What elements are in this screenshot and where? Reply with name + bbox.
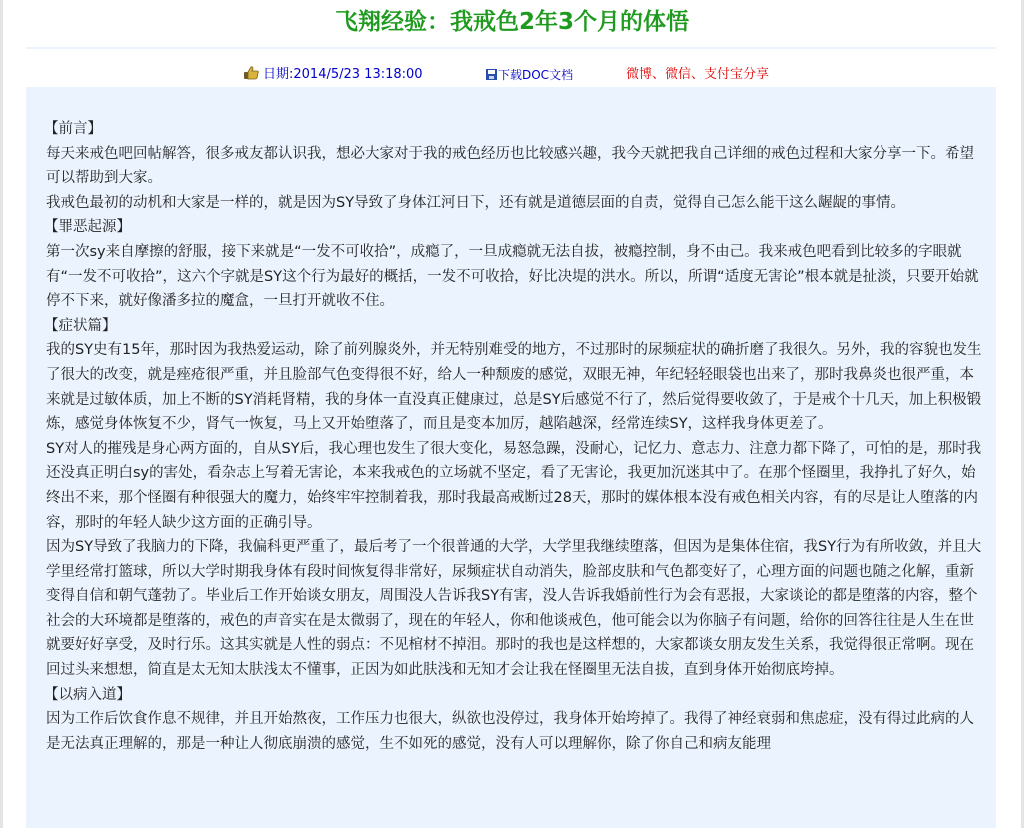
article-date-label: 日期:2014/5/23 13:18:00 <box>263 67 423 82</box>
article-title: 飞翔经验：我戒色2年3个月的体悟 <box>0 6 1024 38</box>
paragraph: SY对人的摧残是身心两方面的，自从SY后，我心理也发生了很大变化，易怒急躁，没耐… <box>46 437 984 535</box>
article-body: 【前言】 每天来戒色吧回帖解答，很多戒友都认识我，想必大家对于我的戒色经历也比较… <box>46 117 984 756</box>
thumbs-up-icon <box>243 66 259 80</box>
download-doc-link[interactable]: 下载DOC文档 <box>486 64 573 86</box>
paragraph: 每天来戒色吧回帖解答，很多戒友都认识我，想必大家对于我的戒色经历也比较感兴趣，我… <box>46 142 984 191</box>
article-content-panel: 【前言】 每天来戒色吧回帖解答，很多戒友都认识我，想必大家对于我的戒色经历也比较… <box>26 87 996 828</box>
section-heading-origin: 【罪恶起源】 <box>44 215 984 240</box>
window-border-left <box>0 0 3 828</box>
section-heading-symptoms: 【症状篇】 <box>44 314 984 339</box>
paragraph: 我戒色最初的动机和大家是一样的，就是因为SY导致了身体江河日下，还有就是道德层面… <box>46 191 984 216</box>
section-heading-illness: 【以病入道】 <box>44 683 984 708</box>
title-divider <box>26 47 996 49</box>
paragraph: 第一次sy来自摩擦的舒服，接下来就是“一发不可收拾”，成瘾了，一旦成瘾就无法自拔… <box>46 240 984 314</box>
article-date: 日期:2014/5/23 13:18:00 <box>243 64 423 86</box>
share-link[interactable]: 微博、微信、支付宝分享 <box>626 64 769 86</box>
paragraph: 因为工作后饮食作息不规律，并且开始熬夜，工作压力也很大，纵欲也没停过，我身体开始… <box>46 707 984 756</box>
floppy-disk-icon <box>486 69 497 80</box>
article-meta-bar: 日期:2014/5/23 13:18:00 下载DOC文档 微博、微信、支付宝分… <box>0 64 1024 86</box>
paragraph: 因为SY导致了我脑力的下降，我偏科更严重了，最后考了一个很普通的大学，大学里我继… <box>46 535 984 683</box>
download-doc-label: 下载DOC文档 <box>498 68 573 82</box>
paragraph: 我的SY史有15年，那时因为我热爱运动，除了前列腺炎外，并无特别难受的地方，不过… <box>46 338 984 436</box>
section-heading-preface: 【前言】 <box>44 117 984 142</box>
